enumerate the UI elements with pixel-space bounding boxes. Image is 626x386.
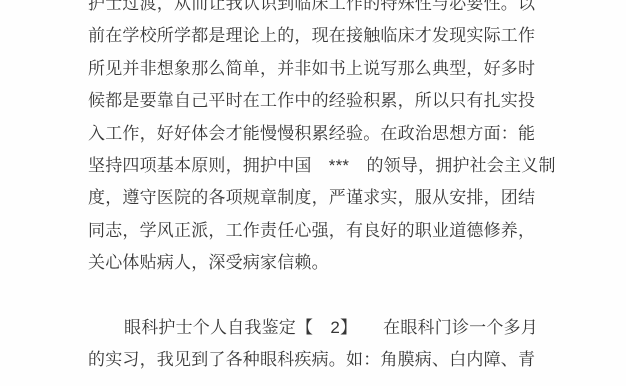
section-heading-line: 眼科护士个人自我鉴定【 2】 在眼科门诊一个多月 (88, 312, 540, 344)
text-line: 关心体贴病人，深受病家信赖。 (88, 247, 540, 279)
paragraph-gap (88, 280, 540, 312)
text-line: 前在学校所学都是理论上的，现在接触临床才发现实际工作 (88, 20, 540, 52)
text-line: 同志，学风正派，工作责任心强，有良好的职业道德修养， (88, 215, 540, 247)
text-line: 护士过渡，从而让我认识到临床工作的特殊性与必要性。以 (88, 0, 540, 20)
text-line: 度，遵守医院的各项规章制度，严谨求实，服从安排，团结 (88, 182, 540, 214)
text-line: 的实习，我见到了各种眼科疾病。如：角膜病、白内障、青 (88, 344, 540, 376)
document-text-block: 护士过渡，从而让我认识到临床工作的特殊性与必要性。以 前在学校所学都是理论上的，… (88, 0, 540, 377)
text-line: 候都是要靠自己平时在工作中的经验积累，所以只有扎实投 (88, 85, 540, 117)
document-page: 护士过渡，从而让我认识到临床工作的特殊性与必要性。以 前在学校所学都是理论上的，… (0, 0, 626, 386)
text-line: 坚持四项基本原则，拥护中国 *** 的领导，拥护社会主义制 (88, 150, 540, 182)
text-line: 入工作，好好体会才能慢慢积累经验。在政治思想方面：能 (88, 118, 540, 150)
text-line: 所见并非想象那么简单，并非如书上说写那么典型，好多时 (88, 53, 540, 85)
